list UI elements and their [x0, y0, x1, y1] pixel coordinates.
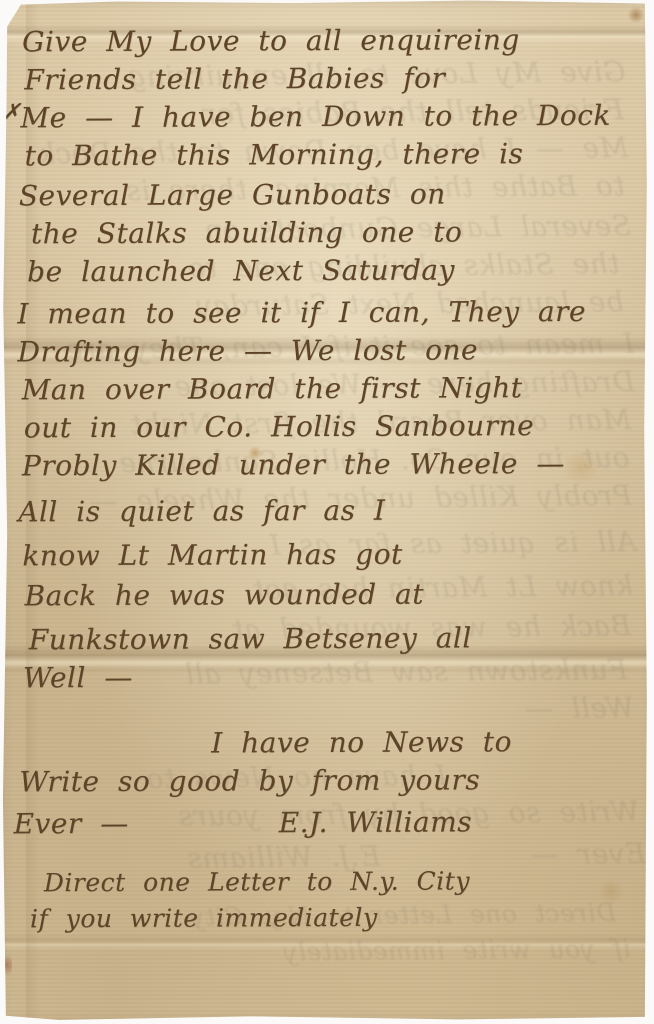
letter-line: Probly Killed under the Wheele —: [22, 445, 648, 486]
scanned-letter-page: Give My Love to all enquireingFriends te…: [0, 0, 654, 1024]
letter-line: Give My Love to all enquireing: [22, 21, 646, 62]
letter-line-text: Direct one Letter to N.y. City: [44, 866, 470, 897]
letter-line: the Stalks abuilding one to: [31, 213, 647, 254]
letter-line-text: the Stalks abuilding one to: [31, 215, 462, 250]
letter-line-text: if you write immediately: [30, 903, 378, 934]
letter-body: Give My Love to all enquireingFriends te…: [0, 0, 654, 937]
letter-line-text: Funkstown saw Betseney all: [29, 621, 472, 656]
letter-line-text: know Lt Martin has got: [22, 538, 403, 573]
letter-line-text: Back he was wounded at: [24, 578, 424, 613]
letter-line: Well —: [23, 657, 649, 698]
letter-line-text: Give My Love to all enquireing: [22, 23, 520, 58]
letter-line-text: Ever —: [13, 807, 128, 841]
letter-line-text: Probly Killed under the Wheele —: [22, 447, 565, 482]
letter-line-text: Me — I have ben Down to the Dock: [20, 99, 611, 135]
letter-line-text: I mean to see it if I can, They are: [17, 295, 586, 330]
letter-line: I have no News to: [211, 723, 649, 763]
ghost-line: if you write immediately: [11, 931, 631, 973]
letter-line: if you write immediately: [30, 899, 650, 938]
paper-stain: [0, 952, 12, 978]
letter-line: Ever —E.J. Williams: [13, 803, 649, 844]
letter-line: out in our Co. Hollis Sanbourne: [24, 407, 648, 448]
letter-line-text: Friends tell the Babies for: [24, 61, 445, 96]
letter-line: be launched Next Saturday: [27, 251, 647, 292]
letter-line-text: Drafting here — We lost one: [17, 333, 478, 368]
letter-line: Drafting here — We lost one: [17, 331, 647, 372]
letter-line: All is quiet as far as I: [18, 491, 648, 532]
signature: E.J. Williams: [279, 803, 473, 842]
letter-line: Me — I have ben Down to the Dock: [20, 97, 646, 138]
letter-paper: Give My Love to all enquireingFriends te…: [0, 0, 654, 1024]
letter-line-text: Man over Board the first Night: [22, 371, 523, 406]
letter-line: Funkstown saw Betseney all: [29, 619, 649, 660]
letter-line: I mean to see it if I can, They are: [17, 293, 647, 334]
letter-line: know Lt Martin has got: [22, 535, 648, 576]
letter-line-text: to Bathe this Morning, there is: [25, 137, 524, 172]
letter-line-text: I have no News to: [211, 725, 512, 759]
letter-line: Friends tell the Babies for: [24, 59, 646, 100]
letter-line-text: Write so good by from yours: [19, 763, 480, 798]
letter-line-text: Well —: [23, 661, 133, 694]
letter-line-text: All is quiet as far as I: [18, 494, 385, 529]
letter-line: Back he was wounded at: [24, 575, 648, 616]
letter-line: Man over Board the first Night: [22, 369, 648, 410]
ghost-line: if you write immediately: [283, 934, 631, 967]
letter-line-text: out in our Co. Hollis Sanbourne: [24, 409, 534, 444]
letter-line: to Bathe this Morning, there is: [25, 135, 647, 176]
letter-line: Several Large Gunboats on: [19, 175, 647, 216]
letter-line: Direct one Letter to N.y. City: [44, 863, 650, 902]
letter-line-text: be launched Next Saturday: [27, 253, 455, 288]
letter-line-text: Several Large Gunboats on: [19, 177, 446, 212]
letter-line: Write so good by from yours: [19, 761, 649, 802]
